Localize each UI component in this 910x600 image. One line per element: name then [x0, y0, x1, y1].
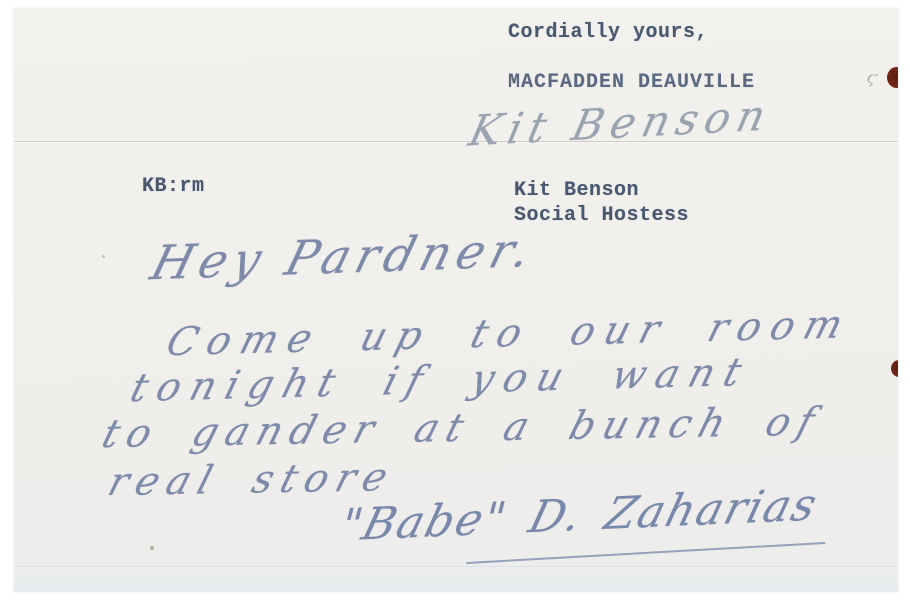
- paper-bottom-edge: [14, 566, 898, 592]
- pencil-squiggle-mark: ϛ: [864, 67, 879, 89]
- typed-company-name: MACFADDEN DEAUVILLE: [508, 71, 755, 94]
- typed-closing: Cordially yours,: [508, 21, 708, 44]
- kit-benson-handwritten-signature: Kit Benson: [465, 90, 778, 155]
- typed-reference-initials: KB:rm: [142, 175, 205, 198]
- letter-paper: Cordially yours, MACFADDEN DEAUVILLE Kit…: [14, 8, 898, 592]
- scanned-letter-photo: Cordially yours, MACFADDEN DEAUVILLE Kit…: [0, 0, 910, 600]
- signature-underline-flourish: [466, 542, 826, 564]
- note-signature: "Babe" D. Zaharias: [335, 479, 824, 551]
- typed-signer-name: Kit Benson: [514, 179, 639, 202]
- note-salutation: Hey Pardner.: [145, 223, 542, 292]
- note-line-4: real store: [103, 455, 401, 505]
- ink-stain-top-right: [887, 67, 898, 88]
- paper-speck: [102, 255, 105, 258]
- ink-stain-middle-right: [891, 360, 898, 377]
- paper-crease-line: [14, 141, 898, 142]
- paper-speck: [150, 546, 154, 550]
